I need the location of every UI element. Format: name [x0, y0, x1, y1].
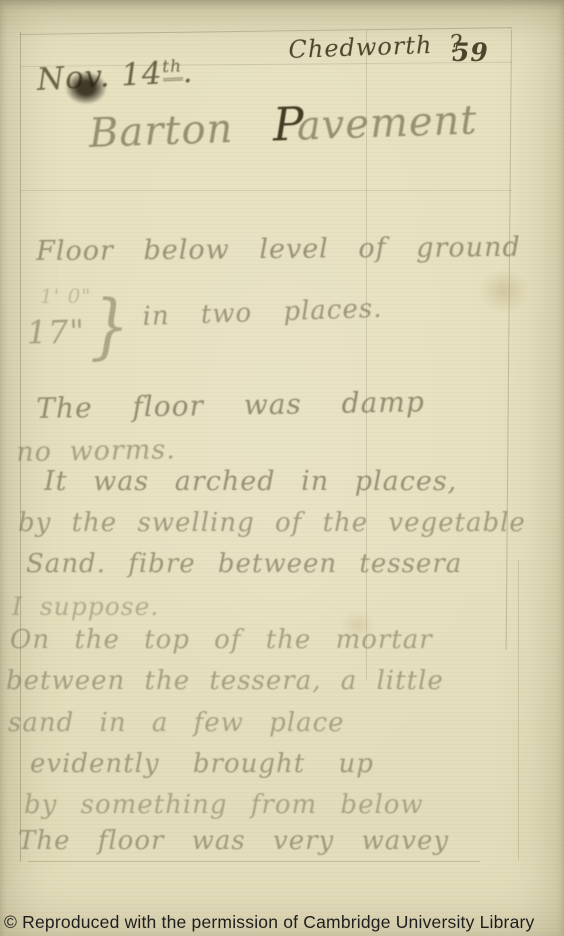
manuscript-line: sand in a few place: [8, 708, 345, 738]
date-ordinal: th: [162, 56, 183, 81]
title-initial: P: [272, 96, 306, 151]
copyright-credit: © Reproduced with the permission of Camb…: [4, 912, 564, 933]
frame-right-rule-lower: [518, 560, 519, 860]
frame-inner-rule-2: [20, 190, 512, 191]
manuscript-line: Floor below level of ground: [36, 232, 521, 267]
manuscript-line: The floor was very wavey: [18, 826, 449, 856]
frame-right-rule: [506, 30, 512, 650]
manuscript-line: by the swelling of the vegetable: [18, 508, 526, 538]
title-rest: avement: [296, 97, 478, 149]
manuscript-line: On the top of the mortar: [10, 625, 433, 655]
date-period: .: [181, 54, 194, 91]
frame-bottom-rule: [28, 861, 480, 862]
header-annotation: Chedworth ?: [288, 30, 463, 64]
measurement-note: in two places.: [142, 294, 383, 332]
paper-stain: [478, 268, 530, 314]
page-title: Barton Pavement: [88, 90, 478, 158]
manuscript-line: The floor was damp: [36, 385, 425, 425]
manuscript-line: by something from below: [24, 790, 424, 820]
date-line: Nov. 14th.: [36, 54, 194, 98]
measurement-top: 1' 0": [40, 284, 92, 308]
manuscript-line: evidently brought up: [30, 749, 374, 779]
title-word1: Barton: [88, 106, 234, 157]
manuscript-page: Chedworth ? 59 Nov. 14th. Barton Pavemen…: [0, 0, 564, 936]
date-text: Nov. 14: [36, 55, 163, 98]
page-number: 59: [452, 38, 489, 67]
manuscript-line: Sand. fibre between tessera: [26, 549, 462, 579]
manuscript-line: I suppose.: [12, 592, 159, 621]
measurement-brace: }: [90, 284, 130, 368]
manuscript-line: It was arched in places,: [44, 466, 457, 497]
manuscript-line: between the tessera, a little: [6, 666, 444, 696]
measurement-bottom: 17": [26, 312, 86, 352]
manuscript-line: no worms.: [16, 434, 176, 468]
